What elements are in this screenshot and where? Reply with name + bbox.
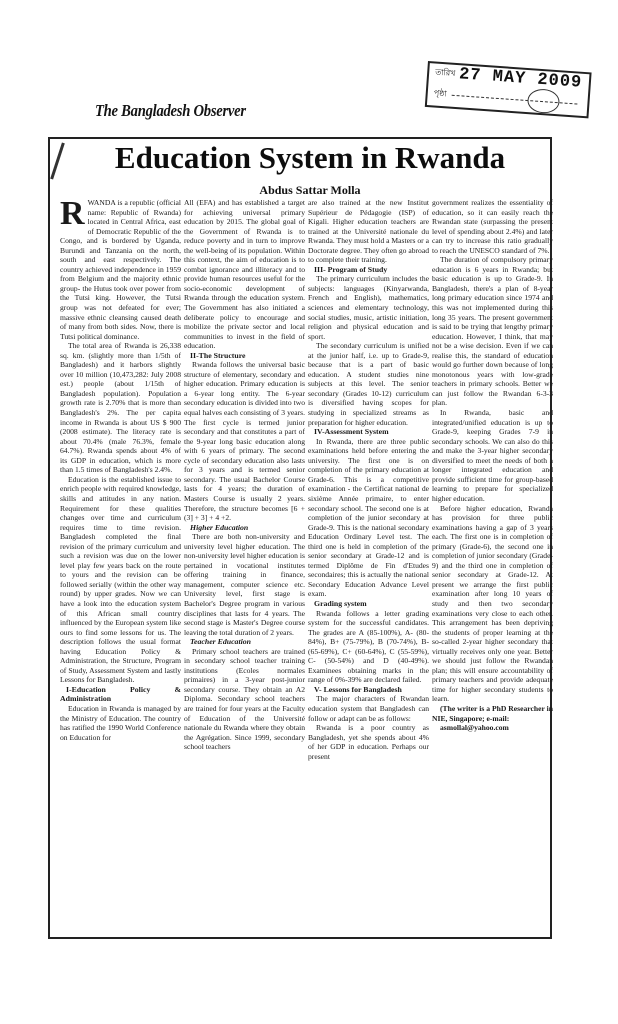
paragraph: Rwanda follows a letter grading system f… (308, 609, 429, 685)
signature-scribble-icon (527, 88, 561, 114)
section-heading: Teacher Education (184, 637, 305, 647)
paragraph: The secondary curriculum is unified at t… (308, 341, 429, 427)
paragraph: All (EFA) and has established a target f… (184, 198, 305, 351)
paragraph: government realizes the essentiality of … (432, 198, 553, 255)
newspaper-masthead: The Bangladesh Observer (95, 101, 246, 121)
article-column-2: All (EFA) and has established a target f… (184, 198, 305, 926)
article-byline: Abdus Sattar Molla (60, 183, 560, 198)
article-column-1: RWANDA is a republic (official name: Rep… (60, 198, 181, 933)
paragraph: Education in Rwanda is managed by the Mi… (60, 704, 181, 742)
paragraph: Before higher education, Rwanda has prov… (432, 504, 553, 704)
paragraph: In Rwanda, basic and integrated/unified … (432, 408, 553, 503)
section-heading: Higher Education (184, 523, 305, 533)
section-heading: II-The Structure (184, 351, 305, 361)
paragraph: There are both non-university and univer… (184, 532, 305, 637)
paragraph: In Rwanda, there are three public examin… (308, 437, 429, 599)
author-note: (The writer is a PhD Researcher in NIE, … (432, 704, 553, 723)
section-heading: IV-Assessment System (308, 427, 429, 437)
paragraph: The total area of Rwanda is 26,338 sq. k… (60, 341, 181, 475)
paragraph: Education is the established issue to en… (60, 475, 181, 685)
date-stamp: তারিখ 27 MAY 2009 পৃষ্ঠা (425, 61, 592, 118)
article-column-4: government realizes the essentiality of … (432, 198, 553, 923)
drop-cap: R (60, 200, 85, 228)
stamp-date-label: তারিখ (435, 67, 456, 81)
paragraph: Rwanda follows the universal basic struc… (184, 360, 305, 522)
paragraph: The duration of compulsory primary educa… (432, 255, 553, 408)
paragraph: Rwanda is a poor country as Bangladesh, … (308, 723, 429, 761)
paragraph: The major characters of Rwandan educatio… (308, 694, 429, 723)
section-heading: III- Program of Study (308, 265, 429, 275)
section-heading: I-Education Policy & Administration (60, 685, 181, 704)
paragraph: Primary school teachers are trained in s… (184, 647, 305, 752)
stamp-page-label: পৃষ্ঠা (433, 87, 447, 101)
section-heading: Grading system (308, 599, 429, 609)
lead-paragraph: RWANDA is a republic (official name: Rep… (60, 198, 181, 341)
article-column-3: are also trained at the new Institut Sup… (308, 198, 429, 926)
section-heading: V- Lessons for Bangladesh (308, 685, 429, 695)
paragraph: are also trained at the new Institut Sup… (308, 198, 429, 265)
article-headline: Education System in Rwanda (60, 140, 560, 176)
stamp-date: 27 MAY 2009 (458, 65, 582, 93)
paragraph: The primary curriculum includes the subj… (308, 274, 429, 341)
author-note: asmollal@yahoo.com (432, 723, 553, 733)
